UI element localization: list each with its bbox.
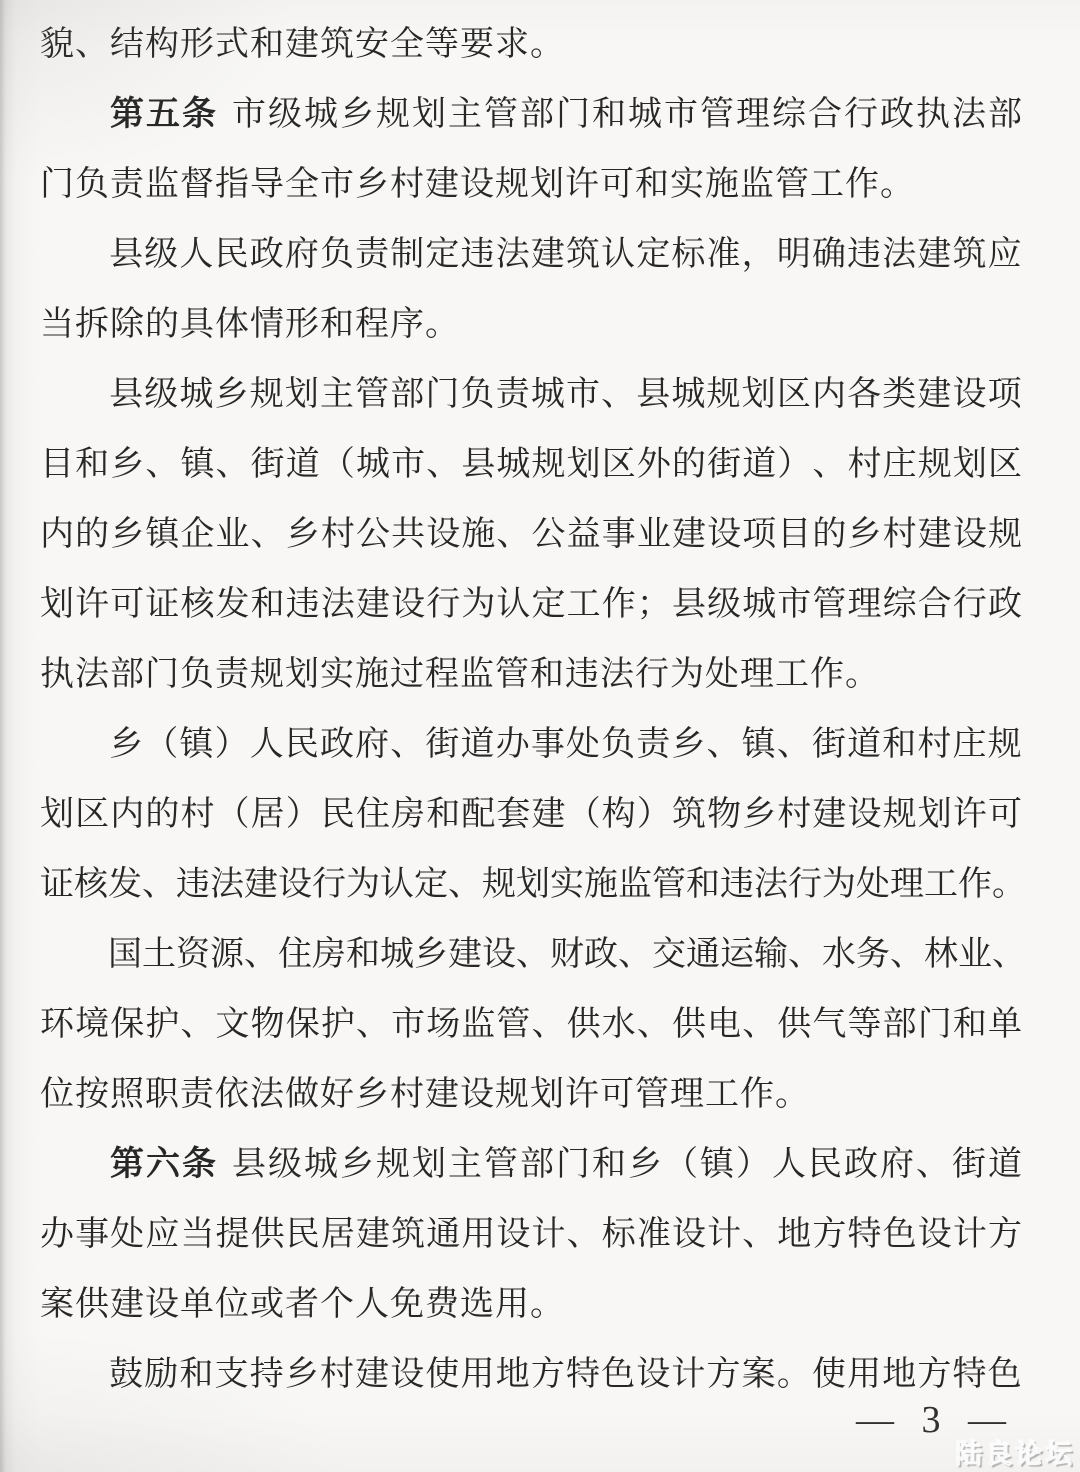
text-line-12: 划区内的村（居）民住房和配套建（构）筑物乡村建设规划许可 <box>40 780 1022 850</box>
text-line-3: 门负责监督指导全市乡村建设规划许可和实施监管工作。 <box>40 150 1022 220</box>
text-line-9: 划许可证核发和违法建设行为认定工作；县级城市管理综合行政 <box>40 570 1022 640</box>
text-line-14: 国土资源、住房和城乡建设、财政、交通运输、水务、林业、 <box>40 920 1022 990</box>
text-line-15: 环境保护、文物保护、市场监管、供水、供电、供气等部门和单 <box>40 990 1022 1060</box>
text-line-16: 位按照职责依法做好乡村建设规划许可管理工作。 <box>40 1060 1022 1130</box>
article-number: 六 <box>146 1130 180 1200</box>
text-line-13: 证核发、违法建设行为认定、规划实施监管和违法行为处理工作。 <box>40 850 1022 920</box>
text-line-19: 案供建设单位或者个人免费选用。 <box>40 1270 1022 1340</box>
text-line-2: 第五条市级城乡规划主管部门和城市管理综合行政执法部 <box>40 80 1022 150</box>
document-body: 貌、结构形式和建筑安全等要求。第五条市级城乡规划主管部门和城市管理综合行政执法部… <box>40 10 1022 1410</box>
text-line-18: 办事处应当提供民居建筑通用设计、标准设计、地方特色设计方 <box>40 1200 1022 1270</box>
text-line-5: 当拆除的具体情形和程序。 <box>40 290 1022 360</box>
watermark: 陆良论坛 <box>955 1432 1075 1471</box>
article-number: 条 <box>182 80 216 150</box>
article-number: 条 <box>182 1130 216 1200</box>
article-number: 五 <box>146 80 180 150</box>
text-line-6: 县级城乡规划主管部门负责城市、县城规划区内各类建设项 <box>40 360 1022 430</box>
text-line-1: 貌、结构形式和建筑安全等要求。 <box>40 10 1022 80</box>
text-line-4: 县级人民政府负责制定违法建筑认定标准，明确违法建筑应 <box>40 220 1022 290</box>
article-number: 第 <box>110 80 144 150</box>
text-line-11: 乡（镇）人民政府、街道办事处负责乡、镇、街道和村庄规 <box>40 710 1022 780</box>
text-line-8: 内的乡镇企业、乡村公共设施、公益事业建设项目的乡村建设规 <box>40 500 1022 570</box>
article-number: 第 <box>110 1130 144 1200</box>
text-line-17: 第六条县级城乡规划主管部门和乡（镇）人民政府、街道 <box>40 1130 1022 1200</box>
text-line-7: 目和乡、镇、街道（城市、县城规划区外的街道）、村庄规划区 <box>40 430 1022 500</box>
text-line-10: 执法部门负责规划实施过程监管和违法行为处理工作。 <box>40 640 1022 710</box>
document-page: 貌、结构形式和建筑安全等要求。第五条市级城乡规划主管部门和城市管理综合行政执法部… <box>0 0 1080 1472</box>
